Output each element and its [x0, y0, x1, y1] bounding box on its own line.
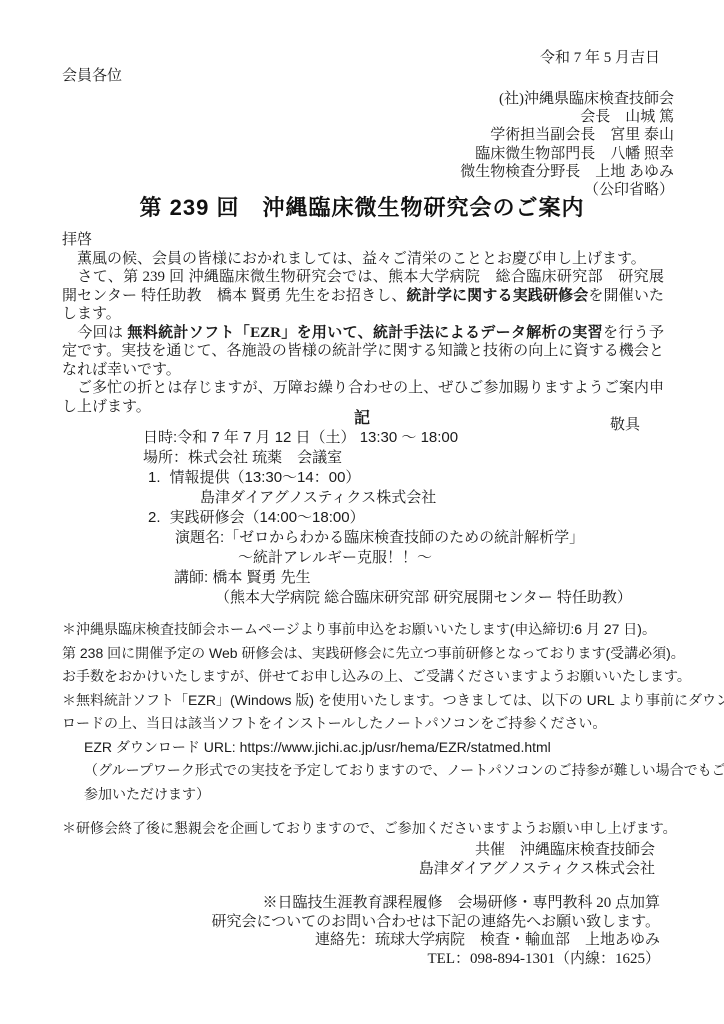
note-party: ＊研修会終了後に懇親会を企画しておりますので、ご参加くださいますようお願い申し上… [62, 818, 670, 838]
document-date: 令和 7 年 5 月吉日 [540, 46, 660, 67]
schedule-item-2: 2.実践研修会（14:00～18:00） [143, 508, 683, 528]
contact-line: 連絡先：琉球大学病院 検査・輸血部 上地あゆみ [211, 931, 660, 950]
note-registration-line: お手数をおかけいたしますが、併せてお申し込みの上、ご受講くださいますようお願いい… [62, 665, 670, 689]
ezr-download-url: EZR ダウンロード URL: https://www.jichi.ac.jp/… [62, 736, 670, 760]
item-number: 1. [148, 469, 170, 486]
cosponsor-block: 共催 沖縄臨床検査技師会 島津ダイアグノスティクス株式会社 [419, 841, 655, 878]
schedule-block: 日時:令和 7 年 7 月 12 日（土） 13:30 ～ 18:00 場所：株… [143, 428, 683, 608]
item-title: 情報提供（13:30～14：00） [170, 469, 361, 486]
note-groupwork-line: 参加いただけます） [62, 783, 670, 807]
item-title: 実践研修会（14:00～18:00） [170, 509, 365, 526]
letter-paragraph: 今回は 無料統計ソフト「EZR」を用いて、統計手法によるデータ解析の実習を行う予… [62, 324, 664, 380]
salutation: 拝啓 [62, 231, 664, 250]
schedule-datetime: 日時:令和 7 年 7 月 12 日（土） 13:30 ～ 18:00 [143, 428, 683, 448]
lecturer-affiliation: （熊本大学病院 総合臨床研究部 研究展開センター 特任助教） [143, 588, 683, 608]
cosponsor-line: 共催 沖縄臨床検査技師会 [419, 841, 655, 860]
schedule-item-1: 1.情報提供（13:30～14：00） [143, 468, 683, 488]
footer-block: ※日臨技生涯教育課程履修 会場研修・専門教科 20 点加算 研究会についてのお問… [211, 894, 660, 968]
talk-title: 演題名:「ゼロからわかる臨床検査技師のための統計解析学」 [143, 528, 683, 548]
talk-subtitle: ～統計アレルギー克服！！～ [143, 548, 683, 568]
note-registration-line: 第 238 回に開催予定の Web 研修会は、実践研修会に先立つ事前研修となって… [62, 642, 670, 666]
note-software-line: ロードの上、当日は該当ソフトをインストールしたノートパソコンをご持参ください。 [62, 712, 670, 736]
sender-vice-president: 学術担当副会長 宮里 泰山 [460, 126, 674, 144]
item-number: 2. [148, 509, 170, 526]
note-software-line: ＊無料統計ソフト「EZR」(Windows 版) を使用いたします。つきましては… [62, 689, 670, 713]
sender-division-chief: 臨床微生物部門長 八幡 照幸 [460, 145, 674, 163]
sender-block: (社)沖縄県臨床検査技師会 会長 山城 篤 学術担当副会長 宮里 泰山 臨床微生… [460, 90, 674, 199]
page-title: 第 239 回 沖縄臨床微生物研究会のご案内 [0, 191, 724, 222]
schedule-place: 場所：株式会社 琉薬 会議室 [143, 448, 683, 468]
notes-section: ＊沖縄県臨床検査技師会ホームページより事前申込をお願いいたします(申込締切:6 … [62, 618, 670, 806]
sender-president: 会長 山城 篤 [460, 108, 674, 126]
document-page: 令和 7 年 5 月吉日 会員各位 (社)沖縄県臨床検査技師会 会長 山城 篤 … [0, 0, 724, 1024]
sender-organization: (社)沖縄県臨床検査技師会 [460, 90, 674, 108]
letter-body: 拝啓 薫風の候、会員の皆様におかれましては、益々ご清栄のこととお慶び申し上げます… [62, 231, 664, 435]
recipient-line: 会員各位 [62, 64, 122, 85]
inquiry-note: 研究会についてのお問い合わせは下記の連絡先へお願い致します。 [211, 913, 660, 932]
schedule-item-1-detail: 島津ダイアグノスティクス株式会社 [143, 488, 683, 508]
contact-phone: TEL：098-894-1301（内線：1625） [211, 950, 660, 969]
lecturer-line: 講師: 橋本 賢勇 先生 [143, 568, 683, 588]
sender-field-chief: 微生物検査分野長 上地 あゆみ [460, 163, 674, 181]
record-heading: 記 [0, 405, 724, 428]
letter-paragraph: さて、第 239 回 沖縄臨床微生物研究会では、熊本大学病院 総合臨床研究部 研… [62, 268, 664, 324]
letter-paragraph: 薫風の候、会員の皆様におかれましては、益々ご清栄のこととお慶び申し上げます。 [62, 250, 664, 269]
note-groupwork-line: （グループワーク形式での実技を予定しておりますので、ノートパソコンのご持参が難し… [62, 759, 670, 783]
credit-points-note: ※日臨技生涯教育課程履修 会場研修・専門教科 20 点加算 [211, 894, 660, 913]
cosponsor-line: 島津ダイアグノスティクス株式会社 [419, 860, 655, 879]
note-registration-line: ＊沖縄県臨床検査技師会ホームページより事前申込をお願いいたします(申込締切:6 … [62, 618, 670, 642]
